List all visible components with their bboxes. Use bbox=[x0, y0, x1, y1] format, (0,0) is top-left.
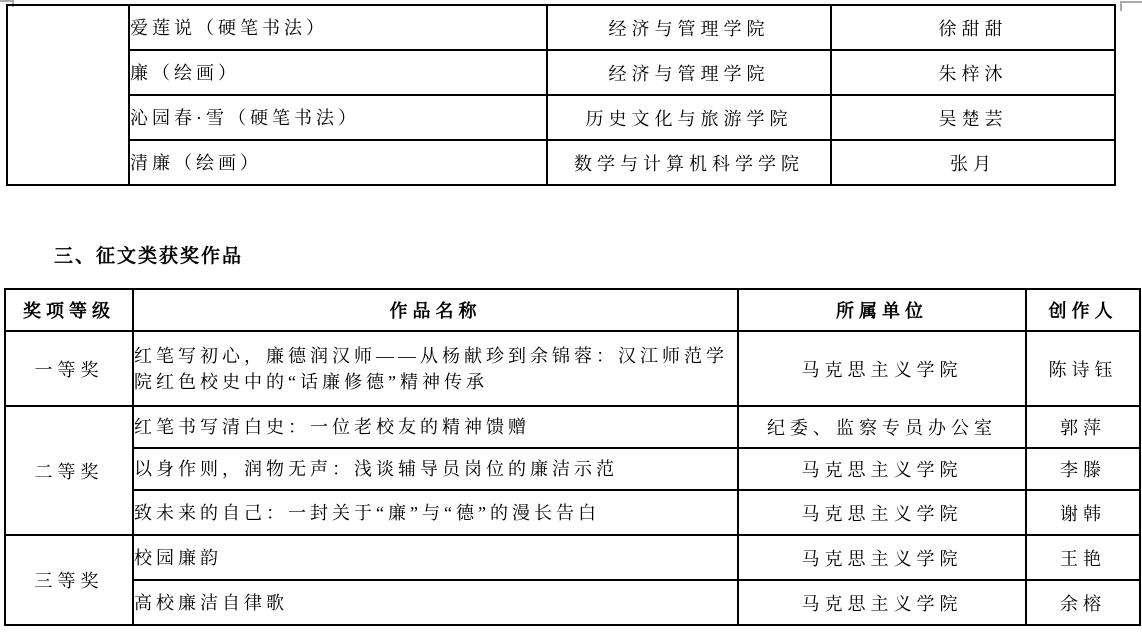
header-award-level: 奖项等级 bbox=[5, 289, 133, 331]
work-title-cell: 沁园春·雪（硬笔书法） bbox=[129, 95, 547, 140]
unit-cell: 马克思主义学院 bbox=[738, 331, 1026, 406]
table-row: 三等奖 校园廉韵 马克思主义学院 王艳 bbox=[5, 535, 1140, 580]
table-row: 高校廉洁自律歌 马克思主义学院 余榕 bbox=[5, 580, 1140, 625]
award-level-cell-empty bbox=[7, 5, 129, 185]
table-row: 廉（绘画） 经济与管理学院 朱梓沐 bbox=[7, 50, 1115, 95]
work-title-cell: 红笔写初心，廉德润汉师——从杨献珍到余锦蓉：汉江师范学院红色校史中的“话廉修德”… bbox=[133, 331, 738, 406]
author-cell: 谢韩 bbox=[1026, 490, 1140, 535]
author-cell: 张月 bbox=[831, 140, 1115, 185]
unit-cell: 经济与管理学院 bbox=[547, 50, 831, 95]
unit-cell: 纪委、监察专员办公室 bbox=[738, 406, 1026, 448]
page-margin-mark-right bbox=[1120, 0, 1142, 12]
author-cell: 徐甜甜 bbox=[831, 5, 1115, 50]
work-title-cell: 致未来的自己：一封关于“廉”与“德”的漫长告白 bbox=[133, 490, 738, 535]
author-cell: 李滕 bbox=[1026, 448, 1140, 490]
table-row: 一等奖 红笔写初心，廉德润汉师——从杨献珍到余锦蓉：汉江师范学院红色校史中的“话… bbox=[5, 331, 1140, 406]
author-cell: 朱梓沐 bbox=[831, 50, 1115, 95]
unit-cell: 马克思主义学院 bbox=[738, 580, 1026, 625]
award-level-cell: 二等奖 bbox=[5, 406, 133, 535]
author-cell: 王艳 bbox=[1026, 535, 1140, 580]
work-title-cell: 清廉（绘画） bbox=[129, 140, 547, 185]
header-author: 创作人 bbox=[1026, 289, 1140, 331]
author-cell: 余榕 bbox=[1026, 580, 1140, 625]
table-header-row: 奖项等级 作品名称 所属单位 创作人 bbox=[5, 289, 1140, 331]
work-title-cell: 以身作则，润物无声：浅谈辅导员岗位的廉洁示范 bbox=[133, 448, 738, 490]
work-title-cell: 高校廉洁自律歌 bbox=[133, 580, 738, 625]
award-level-cell: 一等奖 bbox=[5, 331, 133, 406]
work-title-cell: 廉（绘画） bbox=[129, 50, 547, 95]
unit-cell: 经济与管理学院 bbox=[547, 5, 831, 50]
work-title-cell: 红笔书写清白史：一位老校友的精神馈赠 bbox=[133, 406, 738, 448]
margin-mark-horizontal bbox=[1120, 1, 1142, 3]
unit-cell: 马克思主义学院 bbox=[738, 490, 1026, 535]
header-work-title: 作品名称 bbox=[133, 289, 738, 331]
unit-cell: 马克思主义学院 bbox=[738, 448, 1026, 490]
author-cell: 郭萍 bbox=[1026, 406, 1140, 448]
award-level-cell: 三等奖 bbox=[5, 535, 133, 625]
unit-cell: 数学与计算机科学学院 bbox=[547, 140, 831, 185]
table-row: 爱莲说（硬笔书法） 经济与管理学院 徐甜甜 bbox=[7, 5, 1115, 50]
header-unit: 所属单位 bbox=[738, 289, 1026, 331]
table-row: 沁园春·雪（硬笔书法） 历史文化与旅游学院 吴楚芸 bbox=[7, 95, 1115, 140]
author-cell: 吴楚芸 bbox=[831, 95, 1115, 140]
work-title-cell: 校园廉韵 bbox=[133, 535, 738, 580]
table-row: 以身作则，润物无声：浅谈辅导员岗位的廉洁示范 马克思主义学院 李滕 bbox=[5, 448, 1140, 490]
margin-mark-vertical bbox=[1120, 1, 1122, 11]
unit-cell: 历史文化与旅游学院 bbox=[547, 95, 831, 140]
essay-awards-table: 奖项等级 作品名称 所属单位 创作人 一等奖 红笔写初心，廉德润汉师——从杨献珍… bbox=[4, 288, 1141, 626]
table-row: 二等奖 红笔书写清白史：一位老校友的精神馈赠 纪委、监察专员办公室 郭萍 bbox=[5, 406, 1140, 448]
art-works-table: 爱莲说（硬笔书法） 经济与管理学院 徐甜甜 廉（绘画） 经济与管理学院 朱梓沐 … bbox=[6, 4, 1116, 186]
author-cell: 陈诗钰 bbox=[1026, 331, 1140, 406]
unit-cell: 马克思主义学院 bbox=[738, 535, 1026, 580]
work-title-cell: 爱莲说（硬笔书法） bbox=[129, 5, 547, 50]
table-row: 致未来的自己：一封关于“廉”与“德”的漫长告白 马克思主义学院 谢韩 bbox=[5, 490, 1140, 535]
section-heading: 三、征文类获奖作品 bbox=[54, 241, 243, 268]
table-row: 清廉（绘画） 数学与计算机科学学院 张月 bbox=[7, 140, 1115, 185]
